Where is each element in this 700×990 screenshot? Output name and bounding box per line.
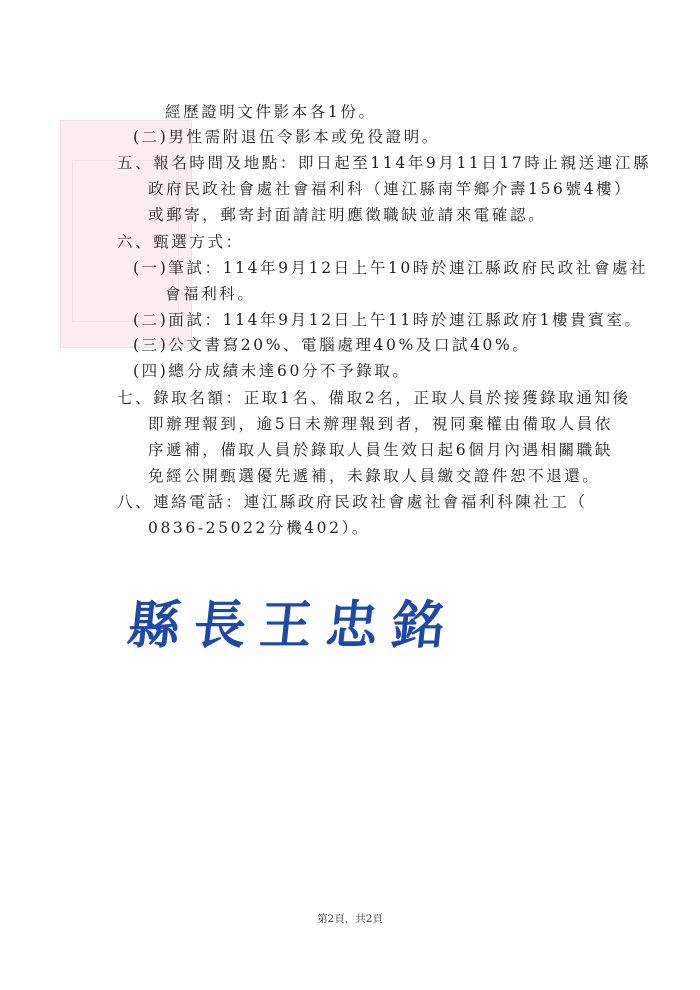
section-heading-7: 七、錄取名額：正取1名、備取2名，正取人員於接獲錄取通知後 — [117, 388, 631, 408]
text-line: 序遞補，備取人員於錄取人員生效日起6個月內遇相關職缺 — [148, 440, 613, 460]
text-line: 會福利科。 — [165, 284, 256, 304]
text-line: 政府民政社會處社會福利科（連江縣南竿鄉介壽156號4樓） — [148, 179, 632, 199]
text-line: 經歷證明文件影本各1份。 — [165, 102, 377, 122]
section-heading-5: 五、報名時間及地點：即日起至114年9月11日17時止親送連江縣 — [117, 153, 651, 173]
section-heading-6: 六、甄選方式： — [117, 232, 244, 252]
page-number: 第2頁，共2頁 — [0, 911, 700, 926]
text-line: (三)公文書寫20%、電腦處理40%及口試40%。 — [133, 335, 530, 355]
text-line: (四)總分成績未達60分不予錄取。 — [133, 361, 411, 381]
text-line: (二)男性需附退伍令影本或免役證明。 — [133, 127, 440, 147]
magistrate-signature: 縣長王忠銘 — [125, 596, 461, 656]
text-line: 或郵寄，郵寄封面請註明應徵職缺並請來電確認。 — [148, 205, 546, 225]
section-heading-8: 八、連絡電話：連江縣政府民政社會處社會福利科陳社工（ — [117, 492, 588, 512]
text-line: 免經公開甄選優先遞補，未錄取人員繳交證件恕不退還。 — [148, 466, 601, 486]
text-line: 即辦理報到，逾5日未辦理報到者，視同棄權由備取人員依 — [148, 414, 613, 434]
text-line: (二)面試：114年9月12日上午11時於連江縣政府1樓貴賓室。 — [133, 310, 643, 330]
text-line: (一)筆試：114年9月12日上午10時於連江縣政府民政社會處社 — [133, 258, 648, 278]
text-line: 0836-25022分機402）。 — [148, 518, 370, 538]
